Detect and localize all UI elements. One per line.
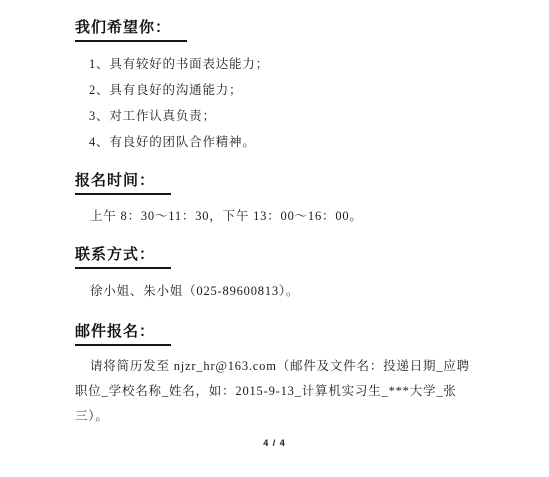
contact-text: 徐小姐、朱小姐（025-89600813）。 [75, 279, 477, 304]
page-number: 4 / 4 [0, 438, 549, 448]
list-item: 3、对工作认真负责； [89, 103, 477, 129]
section-email-application: 邮件报名： 请将简历发至 njzr_hr@163.com（邮件及文件名：投递日期… [75, 304, 477, 429]
expectations-list: 1、具有较好的书面表达能力； 2、具有良好的沟通能力； 3、对工作认真负责； 4… [75, 51, 477, 155]
section-contact: 联系方式： 徐小姐、朱小姐（025-89600813）。 [75, 229, 477, 304]
section-heading-expectations: 我们希望你： [75, 18, 187, 42]
section-heading-contact: 联系方式： [75, 245, 171, 269]
list-item: 4、有良好的团队合作精神。 [89, 129, 477, 155]
email-application-text: 请将简历发至 njzr_hr@163.com（邮件及文件名：投递日期_应聘职位_… [75, 354, 477, 429]
section-heading-email-application: 邮件报名： [75, 322, 171, 346]
section-heading-registration-time: 报名时间： [75, 171, 171, 195]
list-item: 2、具有良好的沟通能力； [89, 77, 477, 103]
section-expectations: 我们希望你： 1、具有较好的书面表达能力； 2、具有良好的沟通能力； 3、对工作… [75, 10, 477, 155]
document-page: 我们希望你： 1、具有较好的书面表达能力； 2、具有良好的沟通能力； 3、对工作… [0, 0, 549, 477]
list-item: 1、具有较好的书面表达能力； [89, 51, 477, 77]
registration-time-text: 上午 8：30～11：30，下午 13：00～16：00。 [75, 204, 477, 229]
section-registration-time: 报名时间： 上午 8：30～11：30，下午 13：00～16：00。 [75, 157, 477, 229]
